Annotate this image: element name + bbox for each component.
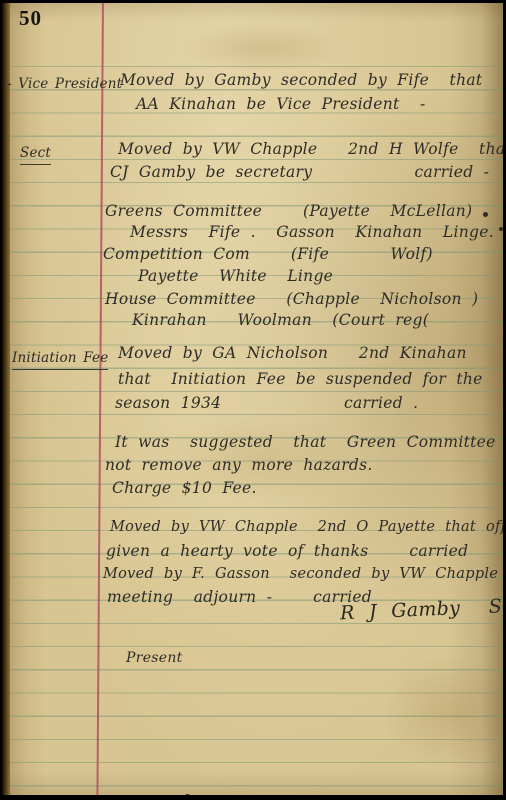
handwriting-line: Charge $10 Fee. xyxy=(112,478,257,498)
present-label: Present xyxy=(126,648,183,668)
ink-blot xyxy=(499,227,503,231)
handwriting-line: given a hearty vote of thanks carried xyxy=(106,541,468,561)
handwriting-line: Moved by F. Gasson seconded by VW Chappl… xyxy=(103,564,506,584)
handwriting-line: CJ Gamby be secretary carried - xyxy=(110,162,489,182)
handwriting-line: Moved by Gamby seconded by Fife that xyxy=(120,70,482,90)
handwriting-line: House Committee (Chapple Nicholson ) xyxy=(105,289,478,309)
handwriting-line: Kinrahan Woolman (Court reg( xyxy=(132,310,429,330)
ink-blot xyxy=(185,794,190,798)
handwriting-line: Moved by VW Chapple 2nd O Payette that o… xyxy=(110,517,506,537)
handwriting-line: Competition Com (Fife Wolf) xyxy=(103,244,433,264)
handwriting-line: season 1934 carried . xyxy=(115,393,418,413)
handwriting-line: Greens Committee (Payette McLellan) . xyxy=(105,201,488,221)
ledger-page: 50 - Vice President Moved by Gamby secon… xyxy=(0,0,506,800)
handwriting-line: AA Kinahan be Vice President - xyxy=(136,94,426,114)
handwriting-line: meeting adjourn - carried xyxy=(107,587,372,607)
margin-label-sect: Sect xyxy=(20,143,51,165)
handwriting-line: It was suggested that Green Committee xyxy=(115,432,496,452)
margin-label-initiation-fee: Initiation Fee xyxy=(12,348,108,370)
book-binding-edge xyxy=(2,3,10,795)
handwriting-line: that Initiation Fee be suspended for the xyxy=(118,369,483,389)
margin-label-vice-president: - Vice President xyxy=(7,74,122,94)
handwriting-line: Moved by VW Chapple 2nd H Wolfe that xyxy=(118,139,506,159)
handwriting-line: Messrs Fife . Gasson Kinahan Linge. xyxy=(130,222,494,242)
handwriting-line: not remove any more hazards. xyxy=(105,455,373,475)
handwriting-line: Payette White Linge xyxy=(138,266,333,286)
handwriting-line: Moved by GA Nicholson 2nd Kinahan xyxy=(118,343,467,363)
page-number: 50 xyxy=(19,6,42,31)
